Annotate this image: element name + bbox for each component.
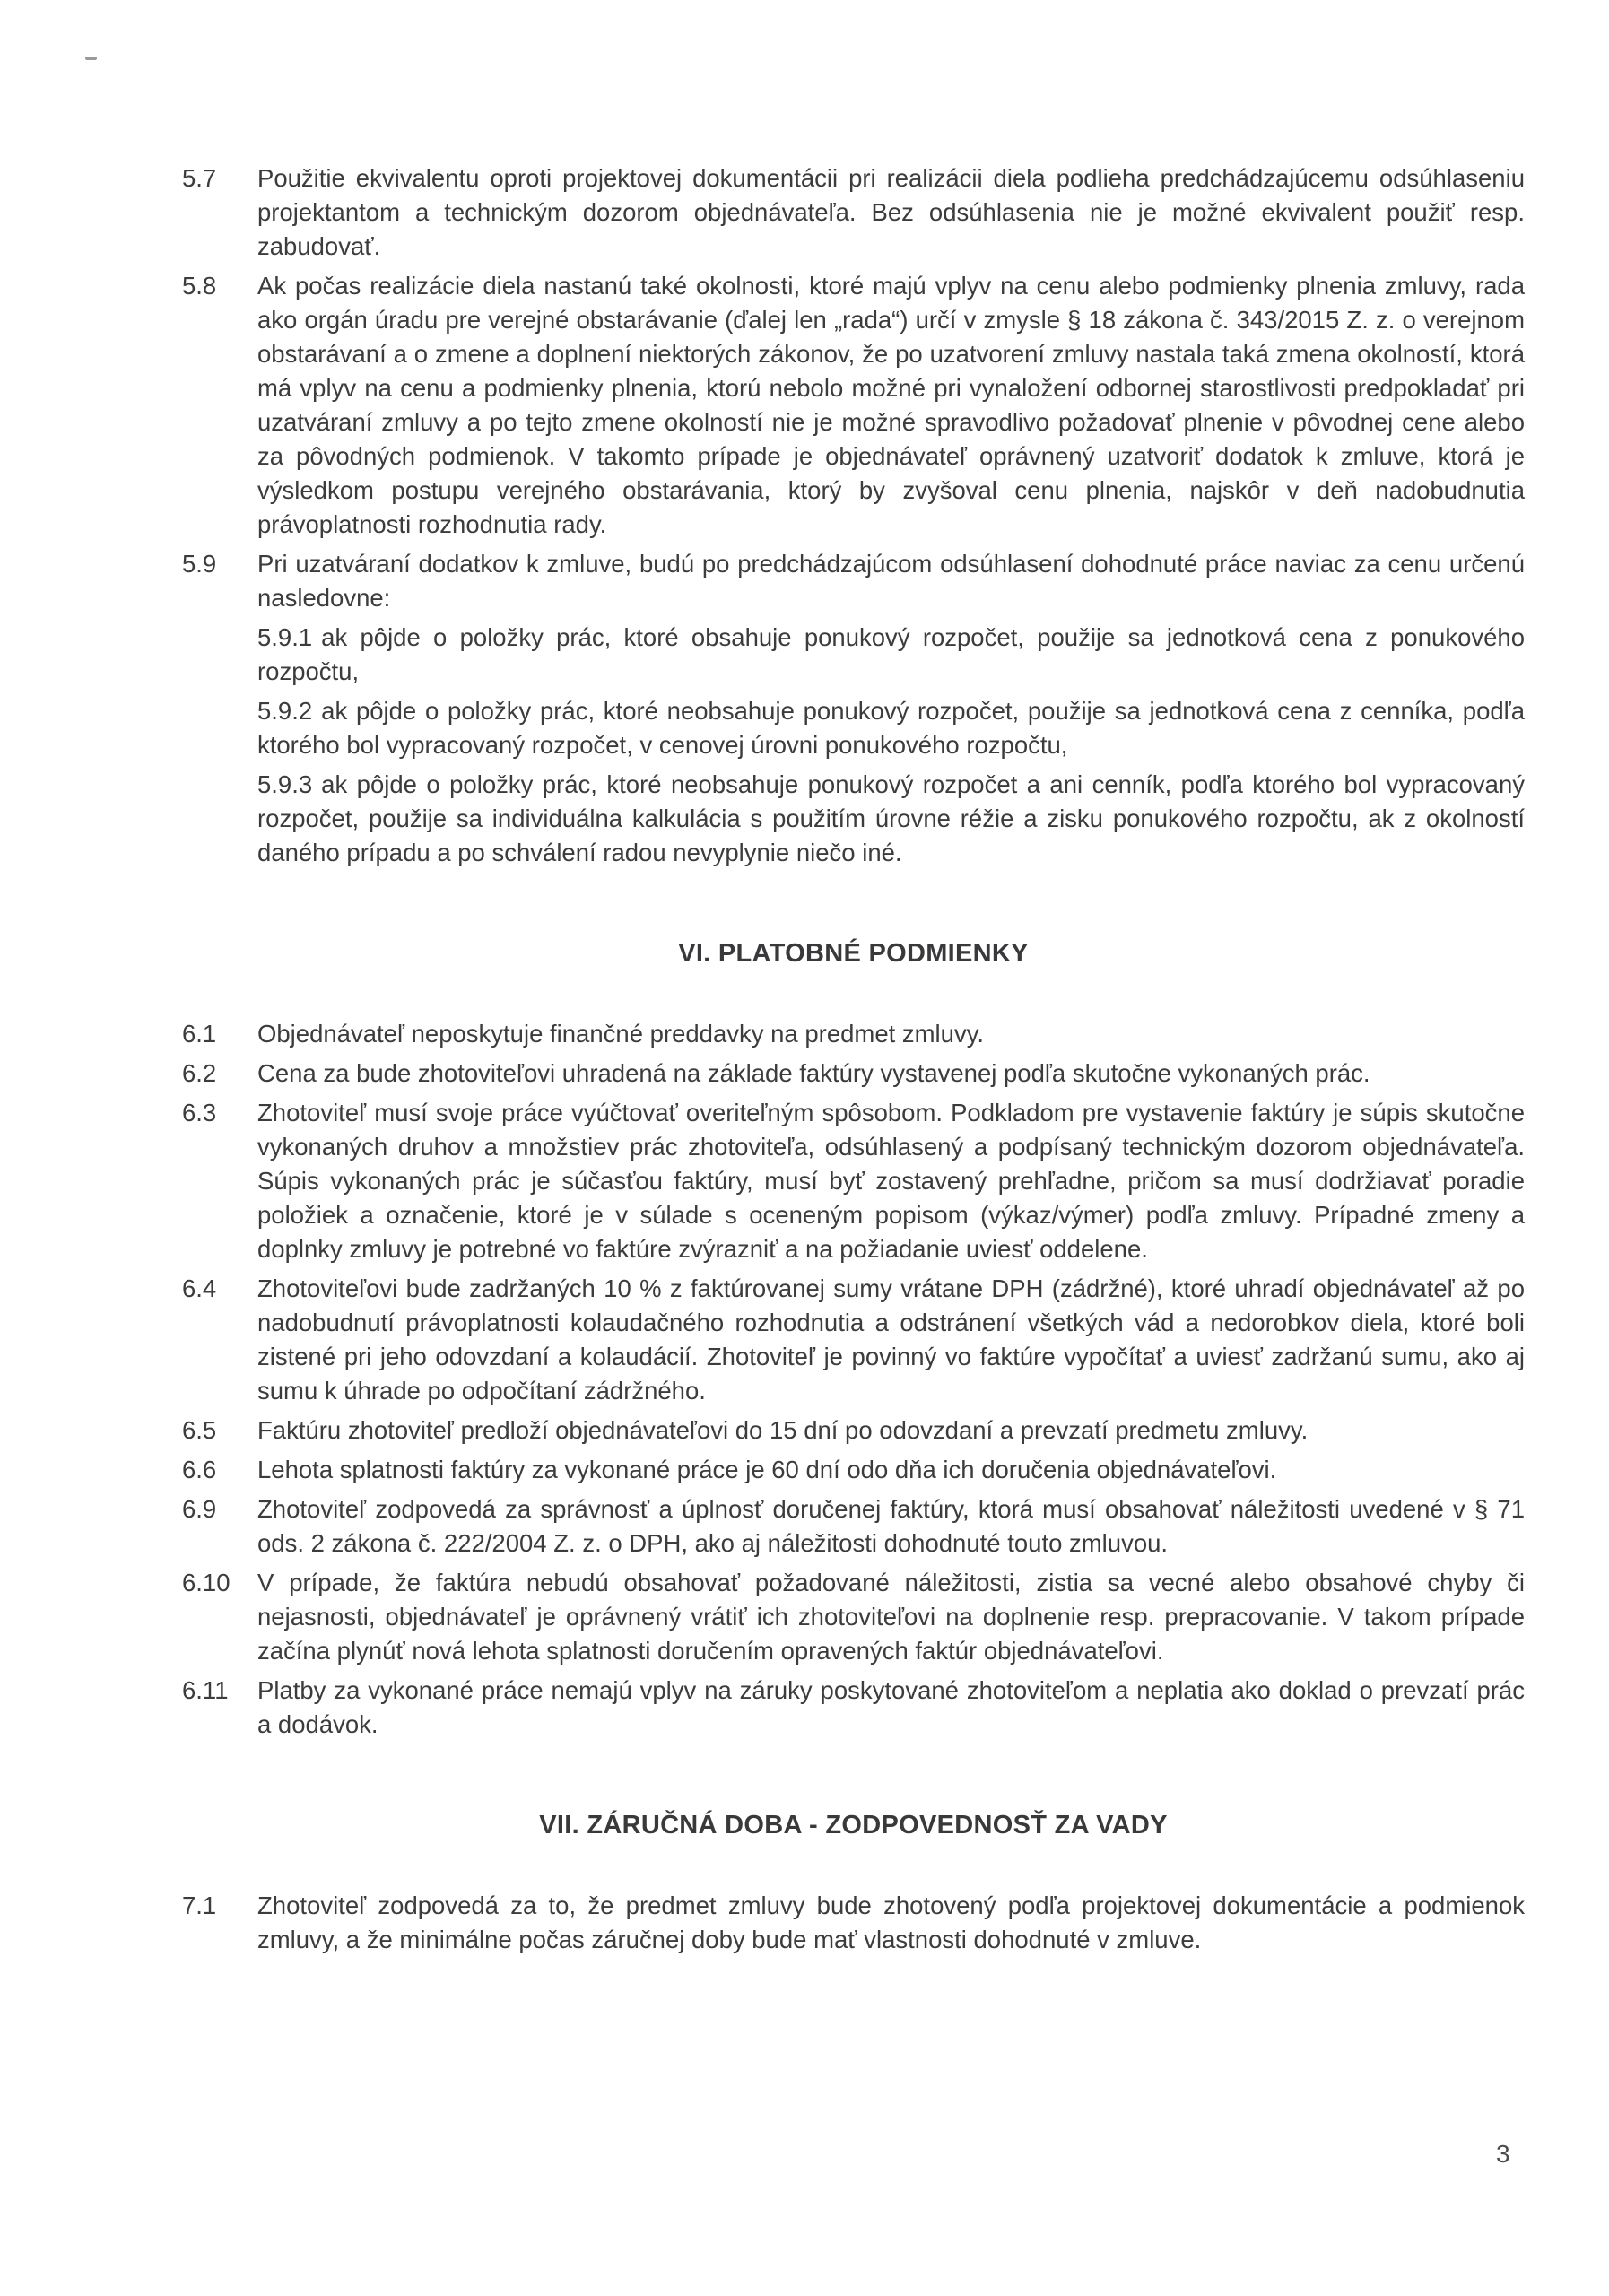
item-number: 7.1	[182, 1889, 216, 1923]
item-number: 6.10	[182, 1566, 230, 1600]
section-heading: VI. PLATOBNÉ PODMIENKY	[182, 936, 1525, 970]
item-text: Zhotoviteľ zodpovedá za správnosť a úpln…	[257, 1495, 1525, 1557]
contract-subitem: 5.9.3ak pôjde o položky prác, ktoré neob…	[182, 768, 1525, 870]
contract-item: 6.11Platby za vykonané práce nemajú vply…	[182, 1674, 1525, 1742]
contract-subitem: 5.9.2ak pôjde o položky prác, ktoré neob…	[182, 694, 1525, 762]
item-number: 5.7	[182, 161, 216, 196]
contract-item: 6.9Zhotoviteľ zodpovedá za správnosť a ú…	[182, 1492, 1525, 1561]
item-text: Platby za vykonané práce nemajú vplyv na…	[257, 1676, 1525, 1738]
page-number: 3	[1496, 2140, 1510, 2169]
subitem-text: ak pôjde o položky prác, ktoré neobsahuj…	[257, 697, 1525, 759]
section-heading: VII. ZÁRUČNÁ DOBA - ZODPOVEDNOSŤ ZA VADY	[182, 1808, 1525, 1842]
contract-item: 6.10V prípade, že faktúra nebudú obsahov…	[182, 1566, 1525, 1668]
item-text: Ak počas realizácie diela nastanú také o…	[257, 272, 1525, 538]
item-number: 6.4	[182, 1272, 216, 1306]
item-text: Pri uzatváraní dodatkov k zmluve, budú p…	[257, 550, 1525, 612]
item-number: 6.11	[182, 1674, 228, 1708]
contract-item: 7.1Zhotoviteľ zodpovedá za to, že predme…	[182, 1889, 1525, 1957]
item-text: Cena za bude zhotoviteľovi uhradená na z…	[257, 1059, 1370, 1087]
subitem-number: 5.9.1	[257, 623, 312, 651]
item-number: 6.2	[182, 1057, 216, 1091]
scan-artifact-dash	[85, 57, 97, 60]
item-number: 6.3	[182, 1096, 216, 1130]
subitem-text: ak pôjde o položky prác, ktoré neobsahuj…	[257, 770, 1525, 866]
contract-item: 5.9Pri uzatváraní dodatkov k zmluve, bud…	[182, 547, 1525, 615]
contract-item: 5.7Použitie ekvivalentu oproti projektov…	[182, 161, 1525, 264]
item-text: V prípade, že faktúra nebudú obsahovať p…	[257, 1569, 1525, 1665]
item-number: 6.5	[182, 1413, 216, 1448]
item-number: 6.1	[182, 1017, 216, 1051]
item-text: Zhotoviteľovi bude zadržaných 10 % z fak…	[257, 1274, 1525, 1405]
contract-item: 6.2Cena za bude zhotoviteľovi uhradená n…	[182, 1057, 1525, 1091]
item-number: 5.9	[182, 547, 216, 581]
contract-item: 6.5Faktúru zhotoviteľ predloží objednáva…	[182, 1413, 1525, 1448]
subitem-number: 5.9.2	[257, 697, 312, 725]
contract-body: 5.7Použitie ekvivalentu oproti projektov…	[182, 161, 1525, 1962]
item-text: Zhotoviteľ musí svoje práce vyúčtovať ov…	[257, 1099, 1525, 1263]
contract-item: 5.8Ak počas realizácie diela nastanú tak…	[182, 269, 1525, 542]
subitem-text: ak pôjde o položky prác, ktoré obsahuje …	[257, 623, 1525, 685]
item-text: Lehota splatnosti faktúry za vykonané pr…	[257, 1456, 1276, 1483]
contract-page: 5.7Použitie ekvivalentu oproti projektov…	[0, 0, 1609, 2296]
item-text: Zhotoviteľ zodpovedá za to, že predmet z…	[257, 1892, 1525, 1953]
item-number: 5.8	[182, 269, 216, 303]
item-text: Použitie ekvivalentu oproti projektovej …	[257, 164, 1525, 260]
item-number: 6.6	[182, 1453, 216, 1487]
contract-subitem: 5.9.1ak pôjde o položky prác, ktoré obsa…	[182, 621, 1525, 689]
subitem-number: 5.9.3	[257, 770, 312, 798]
contract-item: 6.4Zhotoviteľovi bude zadržaných 10 % z …	[182, 1272, 1525, 1408]
item-text: Objednávateľ neposkytuje finančné predda…	[257, 1020, 984, 1048]
contract-item: 6.6Lehota splatnosti faktúry za vykonané…	[182, 1453, 1525, 1487]
contract-item: 6.3Zhotoviteľ musí svoje práce vyúčtovať…	[182, 1096, 1525, 1266]
item-number: 6.9	[182, 1492, 216, 1526]
contract-item: 6.1Objednávateľ neposkytuje finančné pre…	[182, 1017, 1525, 1051]
item-text: Faktúru zhotoviteľ predloží objednávateľ…	[257, 1416, 1308, 1444]
